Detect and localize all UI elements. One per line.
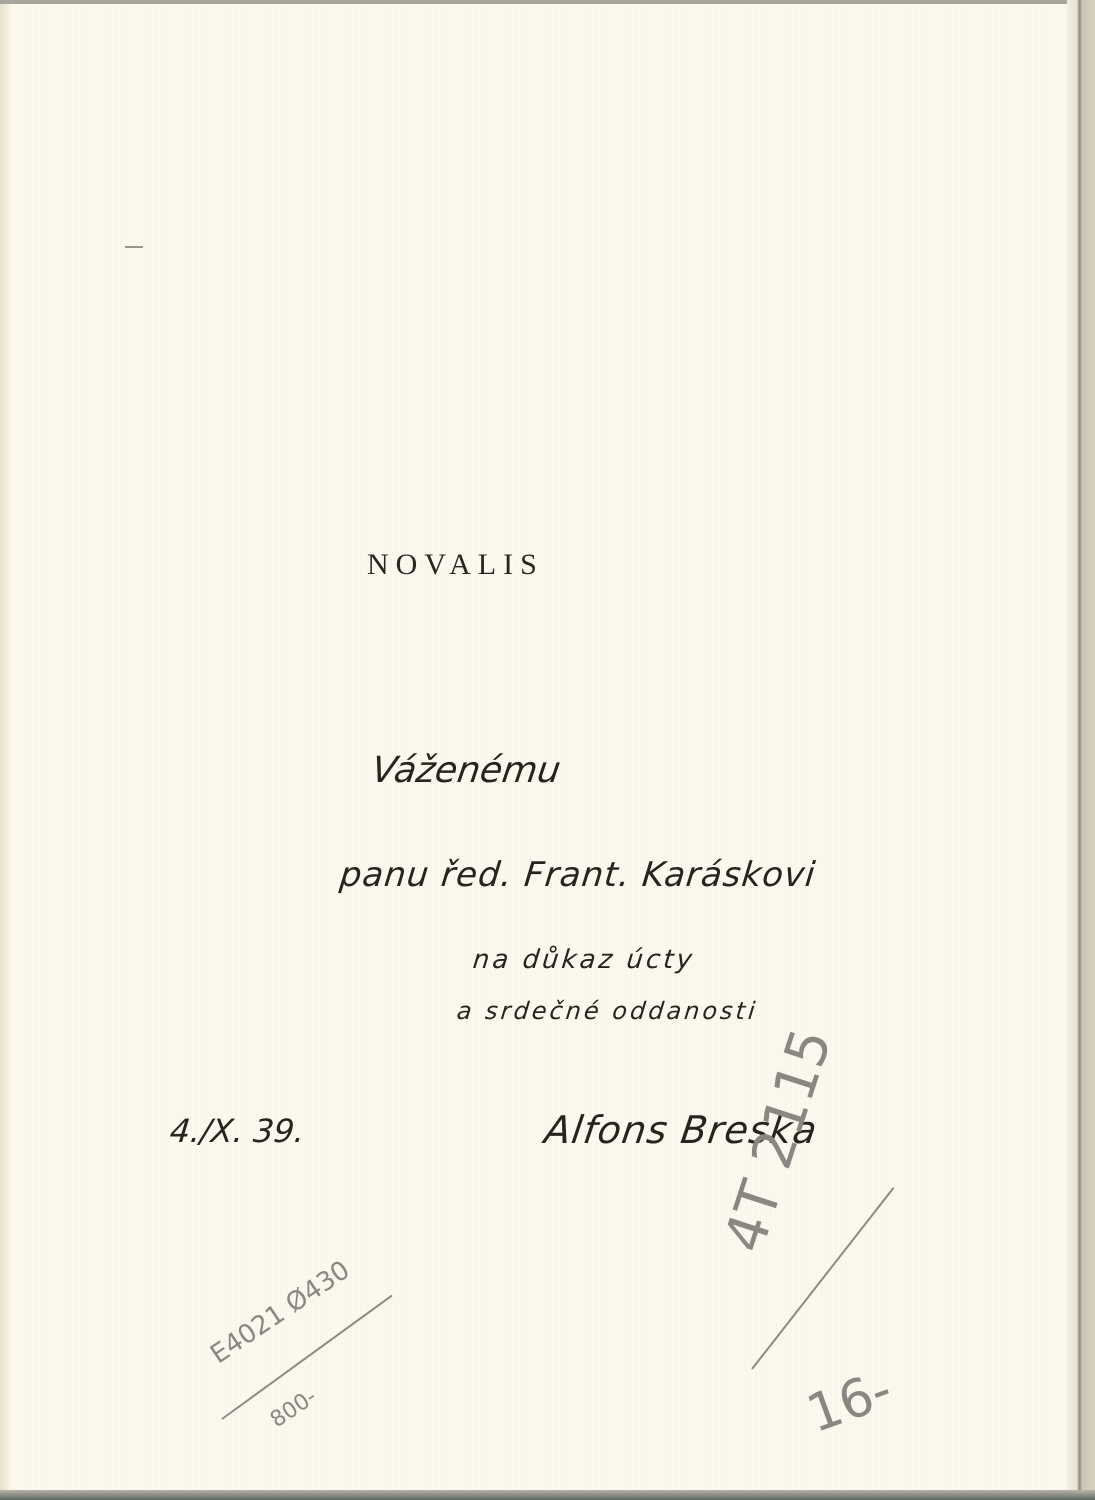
book-page: NOVALIS Váženému panu řed. Frant. Karásk… bbox=[0, 0, 1080, 1492]
pencil-note-catalog: E4021 Ø430 bbox=[205, 1255, 355, 1370]
deckle-edge-right bbox=[1067, 0, 1095, 1500]
left-page-edge bbox=[0, 0, 10, 1500]
paper-speck bbox=[125, 246, 143, 248]
dedication-line-4: a srdečné oddanosti bbox=[456, 997, 760, 1025]
bottom-page-edge bbox=[0, 1490, 1095, 1500]
pencil-note-price-right: 16- bbox=[799, 1360, 899, 1445]
pencil-note-price-left: 800- bbox=[266, 1384, 321, 1433]
dedication-line-3: na důkaz úcty bbox=[471, 945, 696, 975]
handwritten-date: 4./X. 39. bbox=[168, 1112, 306, 1150]
dedication-line-2: panu řed. Frant. Karáskovi bbox=[338, 855, 818, 895]
top-page-edge bbox=[0, 0, 1095, 4]
book-title: NOVALIS bbox=[367, 548, 544, 582]
dedication-line-1: Váženému bbox=[369, 750, 563, 791]
